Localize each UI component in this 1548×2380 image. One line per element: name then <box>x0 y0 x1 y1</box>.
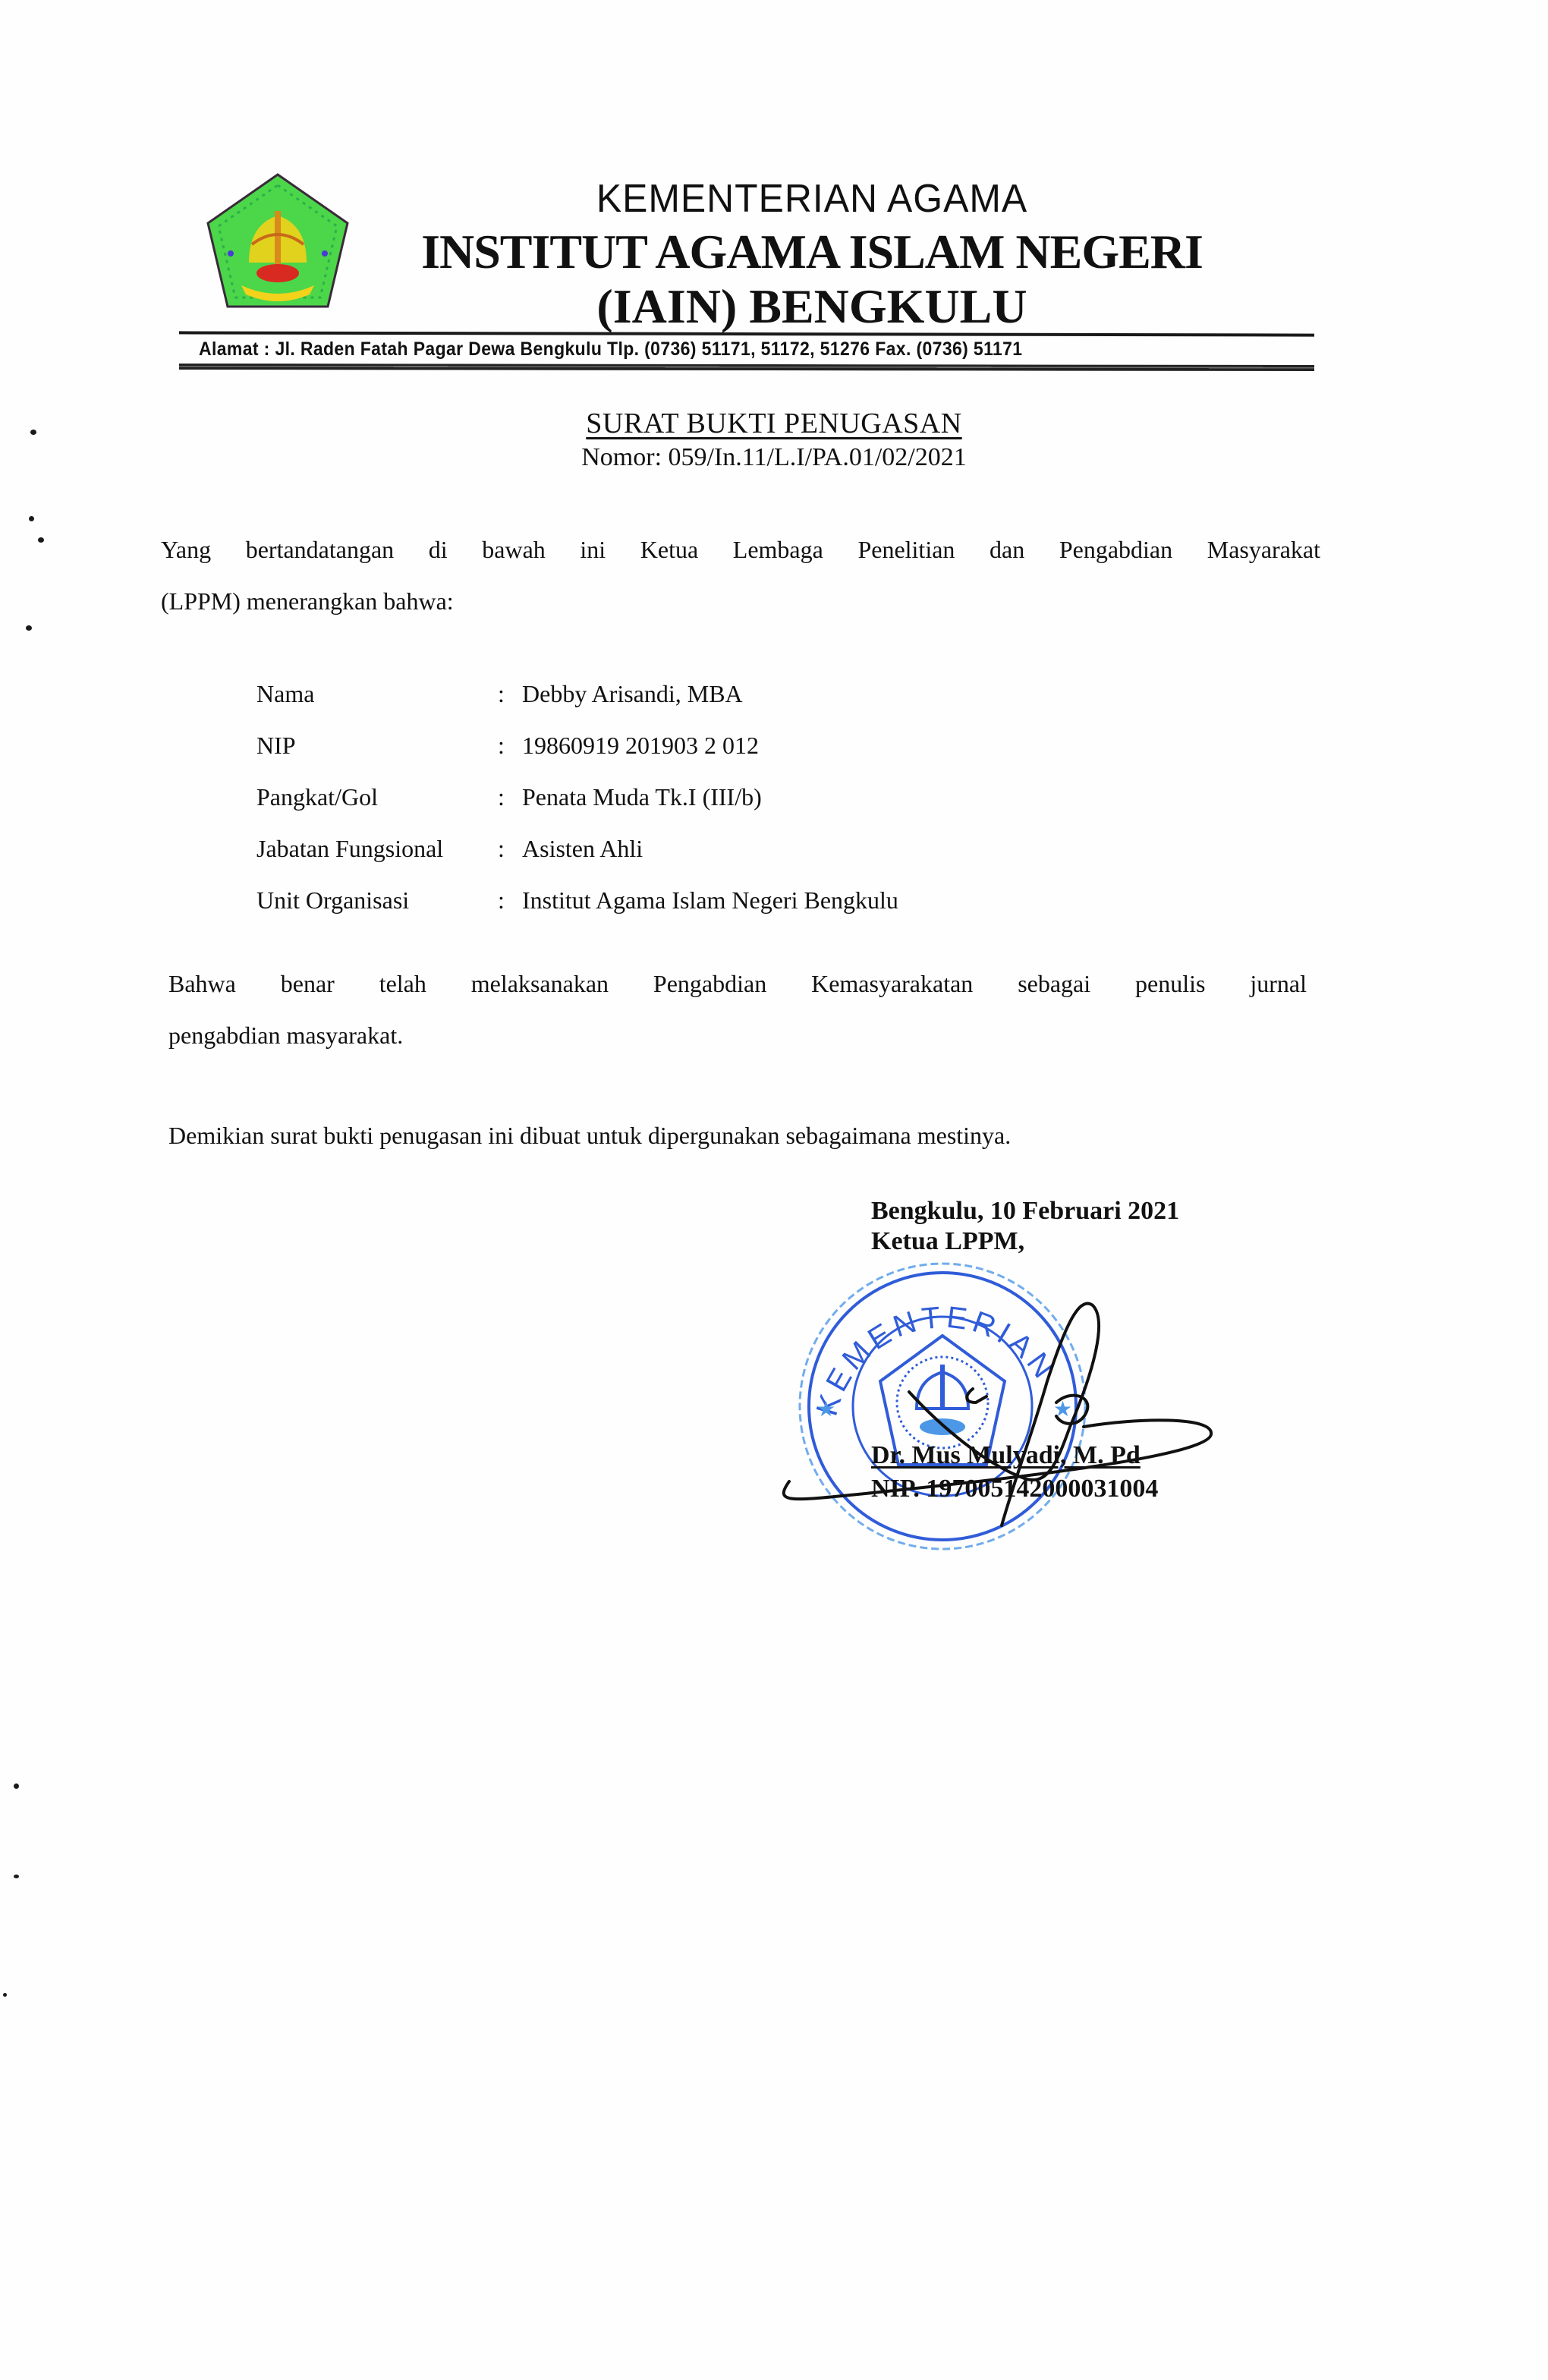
intro-paragraph: Yang bertandatangan di bawah ini Ketua L… <box>161 524 1320 627</box>
scan-speck <box>14 1875 19 1878</box>
institution-name: INSTITUT AGAMA ISLAM NEGERI <box>364 228 1260 276</box>
identity-colon: : <box>498 680 522 708</box>
identity-row-nip: NIP : 19860919 201903 2 012 <box>256 719 1091 771</box>
identity-label: Nama <box>256 680 498 708</box>
signature-header: Bengkulu, 10 Februari 2021 Ketua LPPM, <box>871 1196 1179 1257</box>
intro-line-1: Yang bertandatangan di bawah ini Ketua L… <box>161 524 1320 575</box>
statement-line-1: Bahwa benar telah melaksanakan Pengabdia… <box>168 958 1307 1009</box>
handwritten-signature-icon <box>774 1275 1244 1533</box>
identity-value: Asisten Ahli <box>522 835 643 863</box>
identity-label: Pangkat/Gol <box>256 783 498 811</box>
letterhead: KEMENTERIAN AGAMA INSTITUT AGAMA ISLAM N… <box>364 173 1260 331</box>
identity-value: Debby Arisandi, MBA <box>522 680 743 708</box>
identity-table: Nama : Debby Arisandi, MBA NIP : 1986091… <box>256 668 1091 926</box>
identity-row-pangkat: Pangkat/Gol : Penata Muda Tk.I (III/b) <box>256 771 1091 823</box>
identity-label: Unit Organisasi <box>256 886 498 915</box>
institution-short-name: (IAIN) BENGKULU <box>364 282 1260 331</box>
intro-line-2: (LPPM) menerangkan bahwa: <box>161 587 454 615</box>
identity-value: Penata Muda Tk.I (III/b) <box>522 783 762 811</box>
identity-row-nama: Nama : Debby Arisandi, MBA <box>256 668 1091 719</box>
scan-speck <box>14 1783 19 1789</box>
identity-label: NIP <box>256 732 498 760</box>
scan-speck <box>26 625 32 631</box>
document-title-wrap: SURAT BUKTI PENUGASAN <box>0 407 1548 440</box>
document-number: Nomor: 059/In.11/L.I/PA.01/02/2021 <box>0 443 1548 472</box>
identity-colon: : <box>498 886 522 915</box>
identity-colon: : <box>498 783 522 811</box>
identity-value: Institut Agama Islam Negeri Bengkulu <box>522 886 898 915</box>
scan-speck <box>3 1993 7 1997</box>
letterhead-divider-top <box>179 331 1314 336</box>
identity-colon: : <box>498 732 522 760</box>
iain-bengkulu-emblem-icon <box>203 172 352 313</box>
identity-value: 19860919 201903 2 012 <box>522 732 759 760</box>
signer-role: Ketua LPPM, <box>871 1226 1179 1257</box>
identity-row-unit: Unit Organisasi : Institut Agama Islam N… <box>256 874 1091 926</box>
closing-paragraph: Demikian surat bukti penugasan ini dibua… <box>168 1110 1307 1161</box>
identity-colon: : <box>498 835 522 863</box>
scan-speck <box>38 537 44 543</box>
place-date: Bengkulu, 10 Februari 2021 <box>871 1196 1179 1226</box>
identity-row-jabatan: Jabatan Fungsional : Asisten Ahli <box>256 823 1091 874</box>
letterhead-address: Alamat : Jl. Raden Fatah Pagar Dewa Beng… <box>199 338 1204 360</box>
letterhead-divider-bottom <box>179 364 1314 371</box>
document-page: KEMENTERIAN AGAMA INSTITUT AGAMA ISLAM N… <box>0 0 1548 2380</box>
scan-speck <box>29 516 34 521</box>
statement-line-2: pengabdian masyarakat. <box>168 1022 403 1049</box>
identity-label: Jabatan Fungsional <box>256 835 498 863</box>
statement-paragraph: Bahwa benar telah melaksanakan Pengabdia… <box>168 958 1307 1061</box>
ministry-name: KEMENTERIAN AGAMA <box>382 179 1242 219</box>
document-title: SURAT BUKTI PENUGASAN <box>586 408 961 439</box>
